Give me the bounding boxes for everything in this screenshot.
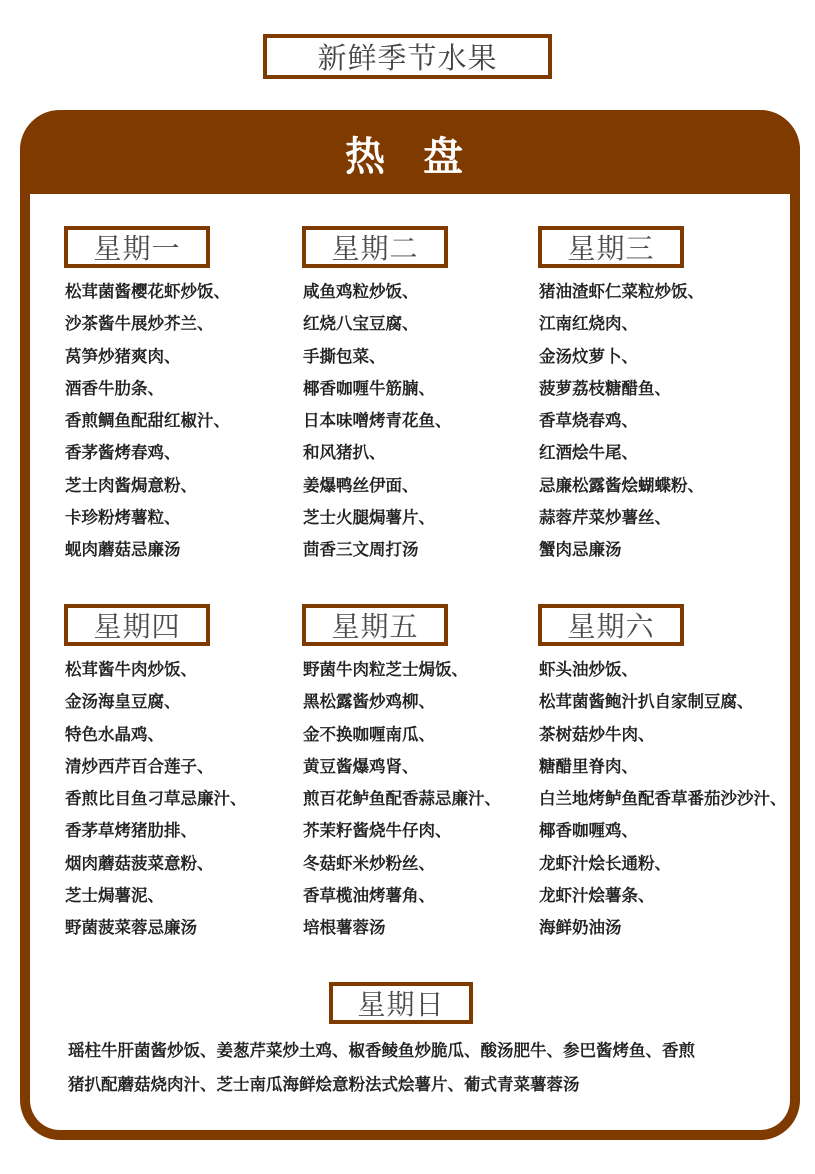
dish-item: 芥茉籽酱烧牛仔肉、 <box>303 815 543 847</box>
dish-item: 酒香牛肋条、 <box>65 373 305 405</box>
dish-item: 松茸菌酱鲍汁扒自家制豆腐、 <box>539 686 779 718</box>
dish-item: 野菌牛肉粒芝士焗饭、 <box>303 654 543 686</box>
dish-item: 香茅酱烤春鸡、 <box>65 437 305 469</box>
dish-item: 香草烧春鸡、 <box>539 405 779 437</box>
dish-item: 茴香三文周打汤 <box>303 534 543 566</box>
dish-item: 煎百花鲈鱼配香蒜忌廉汁、 <box>303 783 543 815</box>
dish-item: 蚬肉蘑菇忌廉汤 <box>65 534 305 566</box>
dish-item: 椰香咖喱鸡、 <box>539 815 779 847</box>
dish-item: 香煎鲷鱼配甜红椒汁、 <box>65 405 305 437</box>
dish-item: 芝士焗薯泥、 <box>65 880 305 912</box>
dish-item: 烟肉蘑菇菠菜意粉、 <box>65 848 305 880</box>
dish-item: 江南红烧肉、 <box>539 308 779 340</box>
dish-item: 虾头油炒饭、 <box>539 654 779 686</box>
day-label-sunday: 星期日 <box>329 982 473 1024</box>
dish-item: 海鲜奶油汤 <box>539 912 779 944</box>
dish-list: 虾头油炒饭、 松茸菌酱鲍汁扒自家制豆腐、 茶树菇炒牛肉、 糖醋里脊肉、 白兰地烤… <box>539 654 779 945</box>
day-block-wednesday: 星期三 猪油渣虾仁菜粒炒饭、 江南红烧肉、 金汤炆萝卜、 菠萝荔枝糖醋鱼、 香草… <box>539 226 779 567</box>
dish-item: 冬菇虾米炒粉丝、 <box>303 848 543 880</box>
dish-item: 和风猪扒、 <box>303 437 543 469</box>
day-block-tuesday: 星期二 咸鱼鸡粒炒饭、 红烧八宝豆腐、 手撕包菜、 椰香咖喱牛筋腩、 日本味噌烤… <box>303 226 543 567</box>
day-block-monday: 星期一 松茸菌酱樱花虾炒饭、 沙茶酱牛展炒芥兰、 莴笋炒猪爽肉、 酒香牛肋条、 … <box>65 226 305 567</box>
sunday-dish-line: 瑶柱牛肝菌酱炒饭、姜葱芹菜炒土鸡、椒香鲮鱼炒脆瓜、酸汤肥牛、参巴酱烤鱼、香煎 <box>68 1034 758 1068</box>
dish-item: 清炒西芹百合莲子、 <box>65 751 305 783</box>
day-block-friday: 星期五 野菌牛肉粒芝士焗饭、 黑松露酱炒鸡柳、 金不换咖喱南瓜、 黄豆酱爆鸡肾、… <box>303 604 543 945</box>
dish-item: 金汤海皇豆腐、 <box>65 686 305 718</box>
page-title: 新鲜季节水果 <box>263 34 552 79</box>
dish-item: 野菌菠菜蓉忌廉汤 <box>65 912 305 944</box>
section-header: 热 盘 <box>20 110 800 194</box>
day-label: 星期三 <box>538 226 684 268</box>
dish-list: 猪油渣虾仁菜粒炒饭、 江南红烧肉、 金汤炆萝卜、 菠萝荔枝糖醋鱼、 香草烧春鸡、… <box>539 276 779 567</box>
dish-item: 菠萝荔枝糖醋鱼、 <box>539 373 779 405</box>
dish-item: 白兰地烤鲈鱼配香草番茄沙沙汁、 <box>539 783 779 815</box>
dish-list: 野菌牛肉粒芝士焗饭、 黑松露酱炒鸡柳、 金不换咖喱南瓜、 黄豆酱爆鸡肾、 煎百花… <box>303 654 543 945</box>
dish-item: 松茸菌酱樱花虾炒饭、 <box>65 276 305 308</box>
dish-item: 手撕包菜、 <box>303 341 543 373</box>
day-label: 星期四 <box>64 604 210 646</box>
dish-item: 卡珍粉烤薯粒、 <box>65 502 305 534</box>
dish-list: 咸鱼鸡粒炒饭、 红烧八宝豆腐、 手撕包菜、 椰香咖喱牛筋腩、 日本味噌烤青花鱼、… <box>303 276 543 567</box>
dish-item: 香煎比目鱼刁草忌廉汁、 <box>65 783 305 815</box>
dish-item: 龙虾汁烩长通粉、 <box>539 848 779 880</box>
day-label: 星期五 <box>302 604 448 646</box>
dish-item: 培根薯蓉汤 <box>303 912 543 944</box>
day-block-thursday: 星期四 松茸酱牛肉炒饭、 金汤海皇豆腐、 特色水晶鸡、 清炒西芹百合莲子、 香煎… <box>65 604 305 945</box>
dish-item: 香草榄油烤薯角、 <box>303 880 543 912</box>
dish-item: 红酒烩牛尾、 <box>539 437 779 469</box>
day-block-saturday: 星期六 虾头油炒饭、 松茸菌酱鲍汁扒自家制豆腐、 茶树菇炒牛肉、 糖醋里脊肉、 … <box>539 604 779 945</box>
dish-item: 香茅草烤猪肋排、 <box>65 815 305 847</box>
dish-item: 黑松露酱炒鸡柳、 <box>303 686 543 718</box>
dish-item: 蒜蓉芹菜炒薯丝、 <box>539 502 779 534</box>
dish-item: 忌廉松露酱烩蝴蝶粉、 <box>539 470 779 502</box>
dish-item: 沙茶酱牛展炒芥兰、 <box>65 308 305 340</box>
dish-list: 松茸菌酱樱花虾炒饭、 沙茶酱牛展炒芥兰、 莴笋炒猪爽肉、 酒香牛肋条、 香煎鲷鱼… <box>65 276 305 567</box>
dish-item: 猪油渣虾仁菜粒炒饭、 <box>539 276 779 308</box>
dish-list: 松茸酱牛肉炒饭、 金汤海皇豆腐、 特色水晶鸡、 清炒西芹百合莲子、 香煎比目鱼刁… <box>65 654 305 945</box>
dish-item: 蟹肉忌廉汤 <box>539 534 779 566</box>
dish-item: 莴笋炒猪爽肉、 <box>65 341 305 373</box>
dish-item: 龙虾汁烩薯条、 <box>539 880 779 912</box>
dish-item: 芝士肉酱焗意粉、 <box>65 470 305 502</box>
dish-item: 红烧八宝豆腐、 <box>303 308 543 340</box>
dish-item: 金不换咖喱南瓜、 <box>303 719 543 751</box>
dish-item: 咸鱼鸡粒炒饭、 <box>303 276 543 308</box>
dish-item: 松茸酱牛肉炒饭、 <box>65 654 305 686</box>
day-label: 星期二 <box>302 226 448 268</box>
dish-item: 椰香咖喱牛筋腩、 <box>303 373 543 405</box>
dish-item: 糖醋里脊肉、 <box>539 751 779 783</box>
day-label: 星期一 <box>64 226 210 268</box>
dish-item: 姜爆鸭丝伊面、 <box>303 470 543 502</box>
sunday-dishes: 瑶柱牛肝菌酱炒饭、姜葱芹菜炒土鸡、椒香鲮鱼炒脆瓜、酸汤肥牛、参巴酱烤鱼、香煎 猪… <box>68 1034 758 1102</box>
dish-item: 日本味噌烤青花鱼、 <box>303 405 543 437</box>
day-label: 星期六 <box>538 604 684 646</box>
dish-item: 芝士火腿焗薯片、 <box>303 502 543 534</box>
dish-item: 茶树菇炒牛肉、 <box>539 719 779 751</box>
dish-item: 特色水晶鸡、 <box>65 719 305 751</box>
dish-item: 金汤炆萝卜、 <box>539 341 779 373</box>
sunday-dish-line: 猪扒配蘑菇烧肉汁、芝士南瓜海鲜烩意粉法式烩薯片、葡式青菜薯蓉汤 <box>68 1068 758 1102</box>
dish-item: 黄豆酱爆鸡肾、 <box>303 751 543 783</box>
